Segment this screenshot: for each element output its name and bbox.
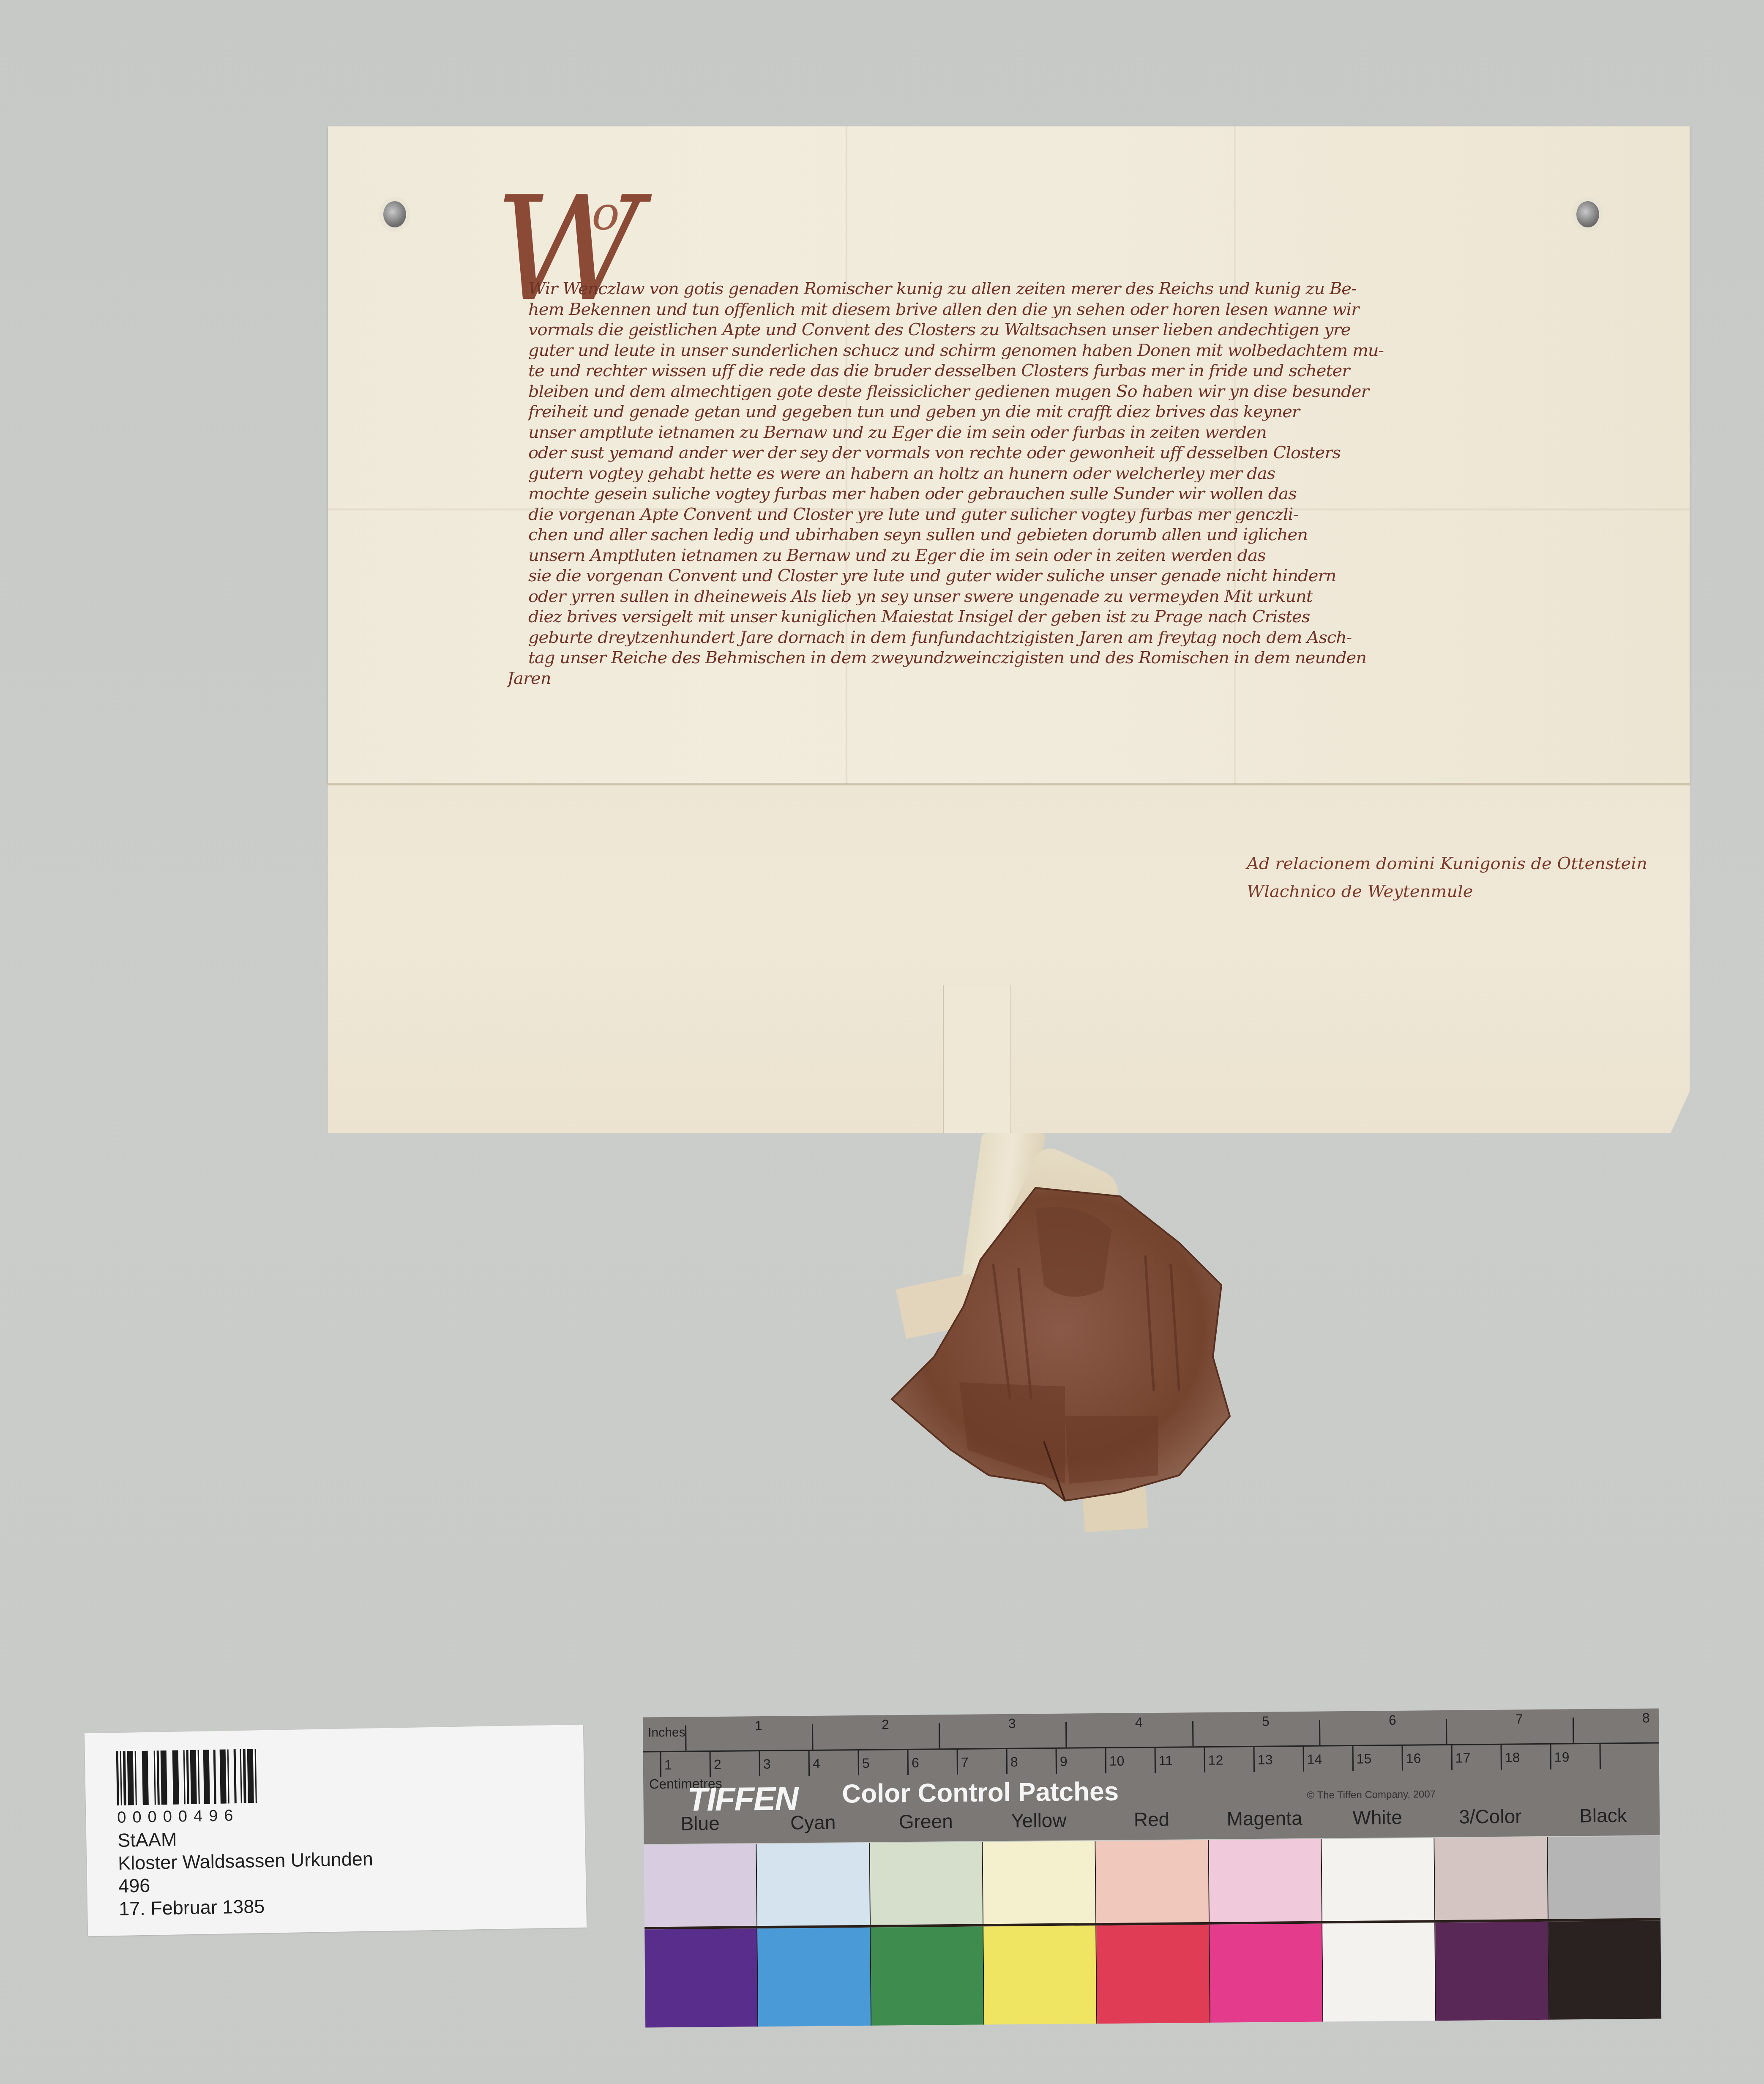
cm-tick-label: 8 <box>1010 1754 1018 1770</box>
patch-name: Red <box>1095 1808 1208 1840</box>
mounting-rivet-icon <box>383 201 406 227</box>
light-patch-blue <box>644 1844 757 1928</box>
patch-name: White <box>1321 1805 1434 1838</box>
chart-title: Color Control Patches <box>842 1777 1119 1809</box>
document-date: 17. Februar 1385 <box>119 1893 374 1920</box>
light-patch-green <box>870 1842 983 1925</box>
text-line: Jaren <box>507 669 1593 687</box>
text-line: mochte gesein suliche vogtey furbas mer … <box>528 484 1593 503</box>
inch-tick-label: 5 <box>1262 1714 1270 1729</box>
wax-seal <box>883 1179 1251 1526</box>
cm-tick-label: 10 <box>1109 1753 1125 1769</box>
light-patch-black <box>1548 1836 1660 1920</box>
patch-name: Green <box>869 1810 983 1842</box>
cm-tick-label: 9 <box>1060 1754 1068 1769</box>
dark-patch-blue <box>644 1928 758 2027</box>
text-line: te und rechter wissen uff die rede das d… <box>528 361 1593 380</box>
wax-seal-icon <box>883 1179 1251 1526</box>
cm-tick-label: 12 <box>1208 1753 1223 1768</box>
patch-name: Black <box>1547 1804 1660 1836</box>
cm-tick-label: 13 <box>1258 1752 1273 1768</box>
text-line: vormals die geistlichen Apte und Convent… <box>528 320 1593 339</box>
text-line: guter und leute in unser sunderlichen sc… <box>528 341 1593 359</box>
light-patch-magenta <box>1209 1839 1322 1923</box>
cm-tick-label: 15 <box>1357 1751 1372 1767</box>
text-line: freiheit und genade getan und gegeben tu… <box>528 402 1593 421</box>
inch-tick-label: 7 <box>1516 1711 1523 1727</box>
dark-patch-3color <box>1435 1922 1549 2021</box>
patch-name: Blue <box>644 1811 757 1844</box>
light-patches <box>644 1836 1660 1928</box>
inch-tick-label: 6 <box>1389 1712 1396 1728</box>
cm-tick-label: 5 <box>862 1756 870 1771</box>
text-line: die vorgenan Apte Convent und Closter yr… <box>528 505 1593 523</box>
text-line: bleiben und dem almechtigen gote deste f… <box>528 382 1593 400</box>
collection-name: Kloster Waldsassen Urkunden <box>118 1847 373 1875</box>
dark-patch-cyan <box>758 1928 871 2027</box>
light-patch-3color <box>1435 1837 1548 1921</box>
cm-tick-label: 3 <box>763 1756 771 1772</box>
patch-name: Cyan <box>756 1811 870 1843</box>
inch-tick-label: 8 <box>1642 1710 1650 1726</box>
dark-patch-black <box>1548 1921 1661 2020</box>
text-line: unsern Amptluten ietnamen zu Bernaw und … <box>528 546 1593 564</box>
cm-tick-label: 19 <box>1554 1749 1570 1765</box>
text-line: tag unser Reiche des Behmischen in dem z… <box>528 648 1593 667</box>
cm-tick-label: 16 <box>1406 1750 1421 1766</box>
chancery-note-line: Ad relacionem domini Kunigonis de Ottens… <box>1247 850 1647 878</box>
text-line: gutern vogtey gehabt hette es were an ha… <box>528 464 1593 482</box>
text-line: diez brives versigelt mit unser kuniglic… <box>528 607 1593 626</box>
cm-tick-label: 11 <box>1159 1753 1173 1769</box>
dark-patch-green <box>871 1926 984 2025</box>
label-text: StAAM Kloster Waldsassen Urkunden 496 17… <box>117 1824 374 1920</box>
archive-label: 00000496 StAAM Kloster Waldsassen Urkund… <box>85 1725 587 1936</box>
barcode-number: 00000496 <box>117 1807 240 1827</box>
mounting-rivet-icon <box>1576 201 1599 227</box>
color-control-chart: Inches 1 2 3 4 5 6 7 8 1 2 3 4 5 6 7 8 9… <box>643 1709 1661 2028</box>
text-line: sie die vorgenan Convent und Closter yre… <box>528 566 1593 585</box>
text-line: geburte dreytzenhundert Jare dornach in … <box>528 628 1593 646</box>
cm-tick-label: 4 <box>813 1756 820 1772</box>
ruler: Inches 1 2 3 4 5 6 7 8 1 2 3 4 5 6 7 8 9… <box>643 1709 1660 1844</box>
text-line: Wir Wenczlaw von gotis genaden Romischer… <box>528 279 1593 298</box>
dark-patches <box>644 1921 1661 2028</box>
inch-tick-label: 1 <box>755 1718 762 1734</box>
text-line: hem Bekennen und tun offenlich mit diese… <box>528 300 1593 318</box>
text-line: oder yrren sullen in dheineweis Als lieb… <box>528 587 1593 605</box>
inch-tick-label: 3 <box>1008 1716 1016 1731</box>
light-patch-cyan <box>757 1843 871 1927</box>
cm-tick-label: 2 <box>714 1757 721 1772</box>
text-line: oder sust yemand ander wer der sey der v… <box>528 443 1593 462</box>
cm-tick-label: 14 <box>1307 1751 1322 1767</box>
light-patch-white <box>1322 1838 1435 1922</box>
text-line: chen und aller sachen ledig und ubirhabe… <box>528 525 1593 544</box>
inches-label: Inches <box>648 1726 685 1740</box>
cm-tick-label: 18 <box>1505 1750 1520 1765</box>
light-patch-yellow <box>983 1841 1096 1925</box>
dark-patch-red <box>1096 1925 1210 2024</box>
seal-strap-slot <box>943 985 1011 1133</box>
patch-name: 3/Color <box>1434 1805 1547 1837</box>
cm-tick-label: 6 <box>912 1755 919 1771</box>
dark-patch-magenta <box>1210 1923 1323 2022</box>
charter-text: Wir Wenczlaw von gotis genaden Romischer… <box>528 279 1593 689</box>
barcode <box>116 1749 259 1805</box>
patch-name: Yellow <box>982 1808 1095 1841</box>
chancery-note: Ad relacionem domini Kunigonis de Ottens… <box>1247 850 1647 905</box>
dark-patch-yellow <box>983 1925 1097 2024</box>
copyright-text: © The Tiffen Company, 2007 <box>1307 1789 1436 1802</box>
inch-tick-label: 2 <box>882 1717 889 1732</box>
cm-tick-label: 1 <box>664 1757 672 1773</box>
initial-mark: o <box>592 186 620 240</box>
cm-tick-label: 17 <box>1455 1750 1471 1766</box>
dark-patch-white <box>1322 1923 1436 2021</box>
plica-edge <box>328 783 1690 785</box>
patch-name: Magenta <box>1208 1807 1321 1839</box>
inch-tick-label: 4 <box>1135 1715 1143 1730</box>
chancery-note-line: Wlachnico de Weytenmule <box>1247 878 1647 905</box>
light-patch-red <box>1096 1840 1210 1924</box>
cm-tick-label: 7 <box>961 1755 969 1770</box>
text-line: unser amptlute ietnamen zu Bernaw und zu… <box>528 423 1593 441</box>
